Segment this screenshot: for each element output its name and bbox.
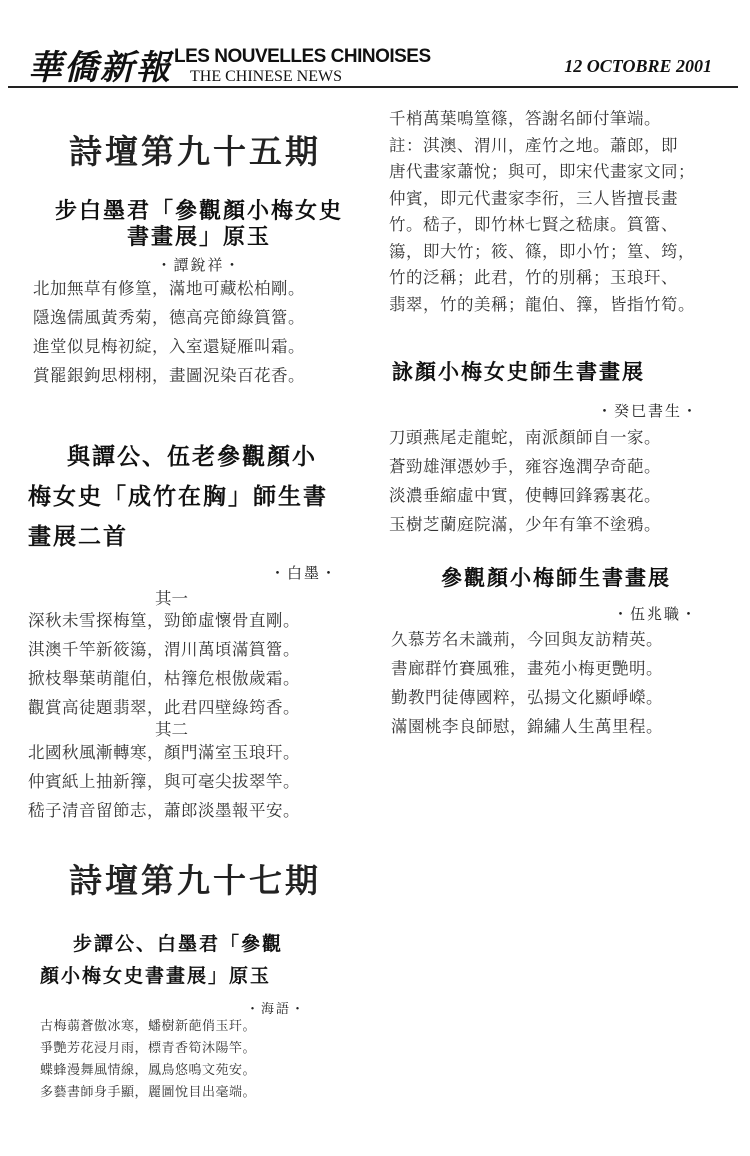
poem5-verses: 古梅蒻蒼傲冰寒，蟠樹新葩俏玉玕。 爭艷芳花浸月雨，標青香筍沐陽竿。 蝶蜂漫舞風情… [40,1016,256,1104]
poem5-title-line1: 步譚公、白墨君「參觀 [73,928,283,960]
note-line: 唐代畫家蕭悅；與可，即宋代畫家文同； [389,159,695,186]
verse-line: 隱逸儒風黃秀菊，德高亮節綠篔簹。 [33,303,305,332]
verse-line: 淡濃垂縮虛中實，使轉回鋒霧裏花。 [389,481,661,510]
poem2-author: ・白墨・ [270,562,338,583]
poem5-title-line2: 顏小梅女史書畫展」原玉 [40,960,271,992]
issue-date: 12 OCTOBRE 2001 [564,56,712,77]
poem1-title-line2: 書畫展」原玉 [34,222,364,254]
note-line: 翡翠，竹的美稱；龍伯、籜，皆指竹筍。 [389,292,695,319]
verse-line: 仲賓紙上抽新籜，與可毫尖拔翠竿。 [28,767,300,796]
newspaper-chinese-name: 華僑新報 [28,40,172,89]
poem2-title-line3: 畫展二首 [28,521,128,553]
poem3-title: 詠顏小梅女史師生書畫展 [392,356,645,388]
verse-line: 書廊群竹賽風雅，畫苑小梅更艷明。 [391,654,663,683]
newspaper-french-name: LES NOUVELLES CHINOISES [174,46,431,68]
note-line: 竹的泛稱；此君，竹的別稱；玉琅玕、 [389,265,695,292]
issue-97-heading: 詩壇第九十七期 [30,855,360,902]
verse-line: 爭艷芳花浸月雨，標青香筍沐陽竿。 [40,1038,256,1060]
verse-line: 多藝書師身手顯，麗圖悅目出毫端。 [40,1082,256,1104]
note-line: 註：淇澳、渭川，產竹之地。蕭郎，即 [389,133,695,160]
verse-line: 千梢萬葉鳴篁篠，答謝名師付筆端。 [389,106,695,133]
verse-line: 古梅蒻蒼傲冰寒，蟠樹新葩俏玉玕。 [40,1016,256,1038]
poem1-author: ・譚銳祥・ [34,254,364,275]
note-line: 竹。嵇子，即竹林七賢之嵇康。篔簹、 [389,212,695,239]
poem3-verses: 刀頭燕尾走龍蛇，南派顏師自一家。 蒼勁雄渾憑妙手，雍容逸潤孕奇葩。 淡濃垂縮虛中… [389,423,661,539]
poem4-title: 參觀顏小梅師生書畫展 [441,562,671,594]
masthead: 華僑新報 LES NOUVELLES CHINOISES THE CHINESE… [0,0,750,90]
poem2-part1-verses: 深秋未雪探梅篁，勁節虛懷骨直剛。 淇澳千竿新筱簜，渭川萬頃滿篔簹。 掀枝舉葉萌龍… [28,606,300,722]
verse-line: 掀枝舉葉萌龍伯，枯籜危根傲歲霜。 [28,664,300,693]
note-line: 簜，即大竹；筱、篠，即小竹；篁、筠， [389,239,695,266]
poem4-verses: 久慕芳名未識荊，今回與友訪精英。 書廊群竹賽風雅，畫苑小梅更艷明。 勤教門徒傳國… [391,625,663,741]
issue-95-heading: 詩壇第九十五期 [30,126,360,173]
verse-line: 北國秋風漸轉寒，顏門滿室玉琅玕。 [28,738,300,767]
poem3-author: ・癸巳書生・ [597,400,699,421]
verse-line: 蒼勁雄渾憑妙手，雍容逸潤孕奇葩。 [389,452,661,481]
verse-line: 賞罷銀鉤思栩栩，畫圖況染百花香。 [33,361,305,390]
verse-line: 勤教門徒傳國粹，弘揚文化顯崢嶸。 [391,683,663,712]
poem1-verses: 北加無草有修篁，滿地可藏松柏剛。 隱逸儒風黃秀菊，德高亮節綠篔簹。 進堂似見梅初… [33,274,305,390]
poem2-continuation-and-notes: 千梢萬葉鳴篁篠，答謝名師付筆端。 註：淇澳、渭川，產竹之地。蕭郎，即 唐代畫家蕭… [389,106,695,318]
verse-line: 北加無草有修篁，滿地可藏松柏剛。 [33,274,305,303]
verse-line: 深秋未雪探梅篁，勁節虛懷骨直剛。 [28,606,300,635]
verse-line: 淇澳千竿新筱簜，渭川萬頃滿篔簹。 [28,635,300,664]
poem5-author: ・海語・ [246,998,306,1017]
poem4-author: ・伍兆職・ [613,603,698,624]
poem2-title-line1: 與譚公、伍老參觀顏小 [67,441,317,473]
verse-line: 刀頭燕尾走龍蛇，南派顏師自一家。 [389,423,661,452]
verse-line: 久慕芳名未識荊，今回與友訪精英。 [391,625,663,654]
verse-line: 進堂似見梅初綻，入室還疑雁叫霜。 [33,332,305,361]
verse-line: 嵇子清音留節志，蕭郎淡墨報平安。 [28,796,300,825]
verse-line: 滿園桃李良師慰，錦繡人生萬里程。 [391,712,663,741]
verse-line: 蝶蜂漫舞風情線，鳳鳥悠鳴文苑安。 [40,1060,256,1082]
poem2-title-line2: 梅女史「成竹在胸」師生書 [28,481,328,513]
newspaper-english-name: THE CHINESE NEWS [190,68,342,86]
note-line: 仲賓，即元代畫家李衎，三人皆擅長畫 [389,186,695,213]
poem2-part2-verses: 北國秋風漸轉寒，顏門滿室玉琅玕。 仲賓紙上抽新籜，與可毫尖拔翠竿。 嵇子清音留節… [28,738,300,825]
masthead-divider [8,86,738,88]
verse-line: 玉樹芝蘭庭院滿，少年有筆不塗鴉。 [389,510,661,539]
